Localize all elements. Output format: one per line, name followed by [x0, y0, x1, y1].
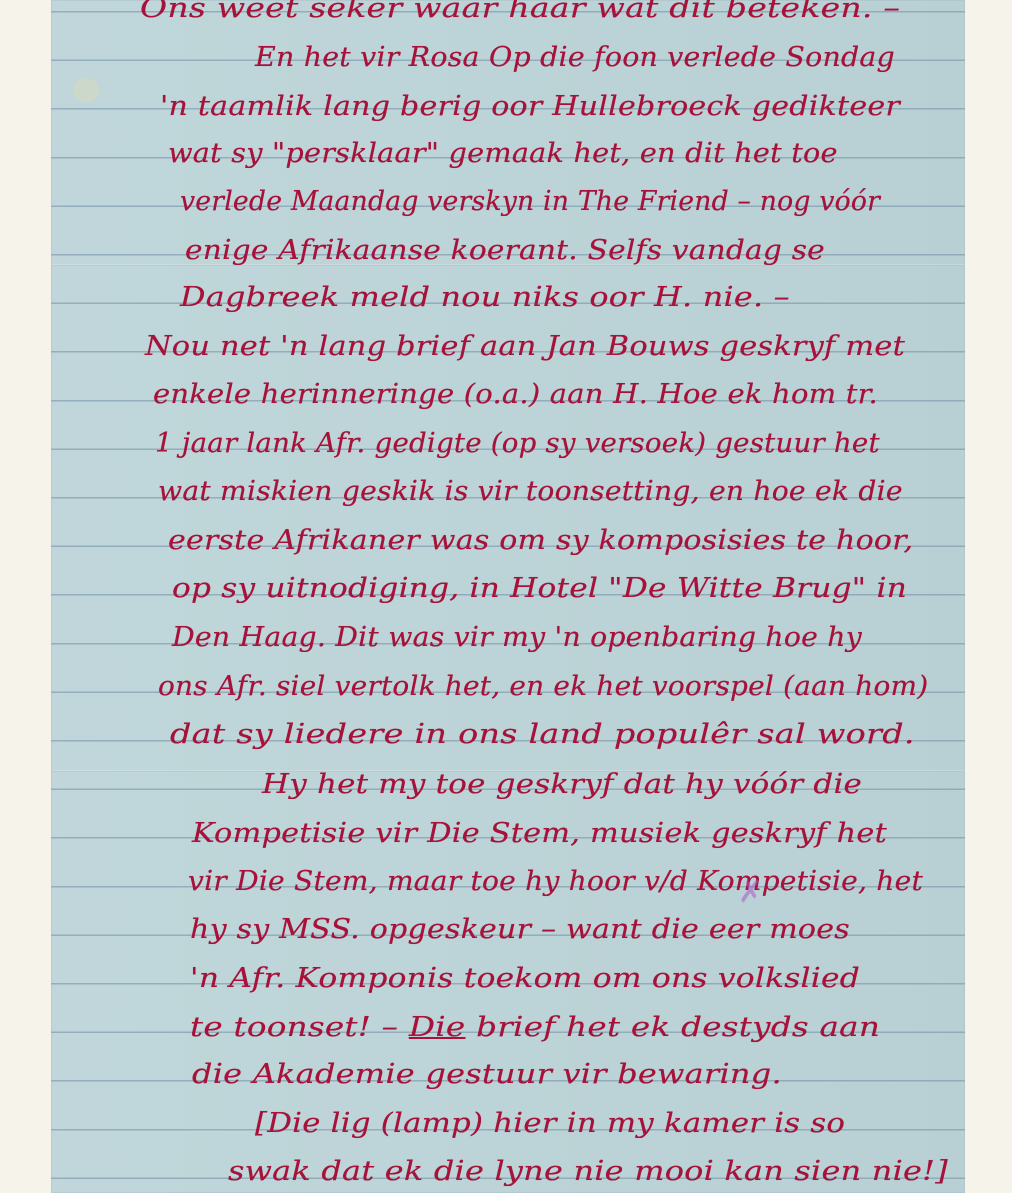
handwritten-line: 'n Afr. Komponis toekom om ons volkslied	[190, 962, 860, 996]
handwritten-line: 'n taamlik lang berig oor Hullebroeck ge…	[160, 90, 900, 124]
handwritten-line: ons Afr. siel vertolk het, en ek het voo…	[158, 670, 928, 704]
underlined-word: Die	[409, 1012, 466, 1043]
handwritten-line: hy sy MSS. opgeskeur – want die eer moes	[190, 913, 850, 947]
handwritten-line: Dagbreek meld nou niks oor H. nie. –	[180, 281, 790, 315]
handwritten-line: vir Die Stem, maar toe hy hoor v/d Kompe…	[188, 865, 923, 899]
paper-stain	[73, 78, 99, 102]
handwritten-line: Nou net 'n lang brief aan Jan Bouws gesk…	[145, 330, 905, 364]
handwritten-line: swak dat ek die lyne nie mooi kan sien n…	[228, 1155, 948, 1189]
handwritten-line: Hy het my toe geskryf dat hy vóór die	[262, 768, 862, 802]
handwritten-line: Kompetisie vir Die Stem, musiek geskryf …	[192, 817, 887, 851]
handwritten-line: enkele herinneringe (o.a.) aan H. Hoe ek…	[153, 378, 878, 412]
handwritten-line: die Akademie gestuur vir bewaring.	[192, 1058, 782, 1092]
handwritten-line: enige Afrikaanse koerant. Selfs vandag s…	[185, 234, 825, 268]
handwritten-line: verlede Maandag verskyn in The Friend – …	[180, 185, 880, 219]
handwritten-line: op sy uitnodiging, in Hotel "De Witte Br…	[172, 572, 907, 606]
handwritten-line: te toonset! – Die brief het ek destyds a…	[190, 1011, 880, 1045]
handwritten-line: En het vir Rosa Op die foon verlede Sond…	[255, 41, 895, 75]
handwritten-line: dat sy liedere in ons land populêr sal w…	[170, 718, 915, 752]
handwritten-line: wat sy "persklaar" gemaak het, en dit he…	[168, 137, 838, 171]
pencil-mark-icon: ✗	[738, 878, 763, 908]
handwritten-line: Den Haag. Dit was vir my 'n openbaring h…	[172, 621, 862, 655]
handwritten-line: wat miskien geskik is vir toonsetting, e…	[158, 475, 903, 509]
handwritten-line: Ons weet seker waar haar wat dit beteken…	[140, 0, 900, 26]
handwritten-line: eerste Afrikaner was om sy komposisies t…	[168, 524, 913, 558]
handwritten-line: [Die lig (lamp) hier in my kamer is so	[255, 1107, 845, 1141]
handwritten-line: 1 jaar lank Afr. gedigte (op sy versoek)…	[155, 427, 880, 461]
